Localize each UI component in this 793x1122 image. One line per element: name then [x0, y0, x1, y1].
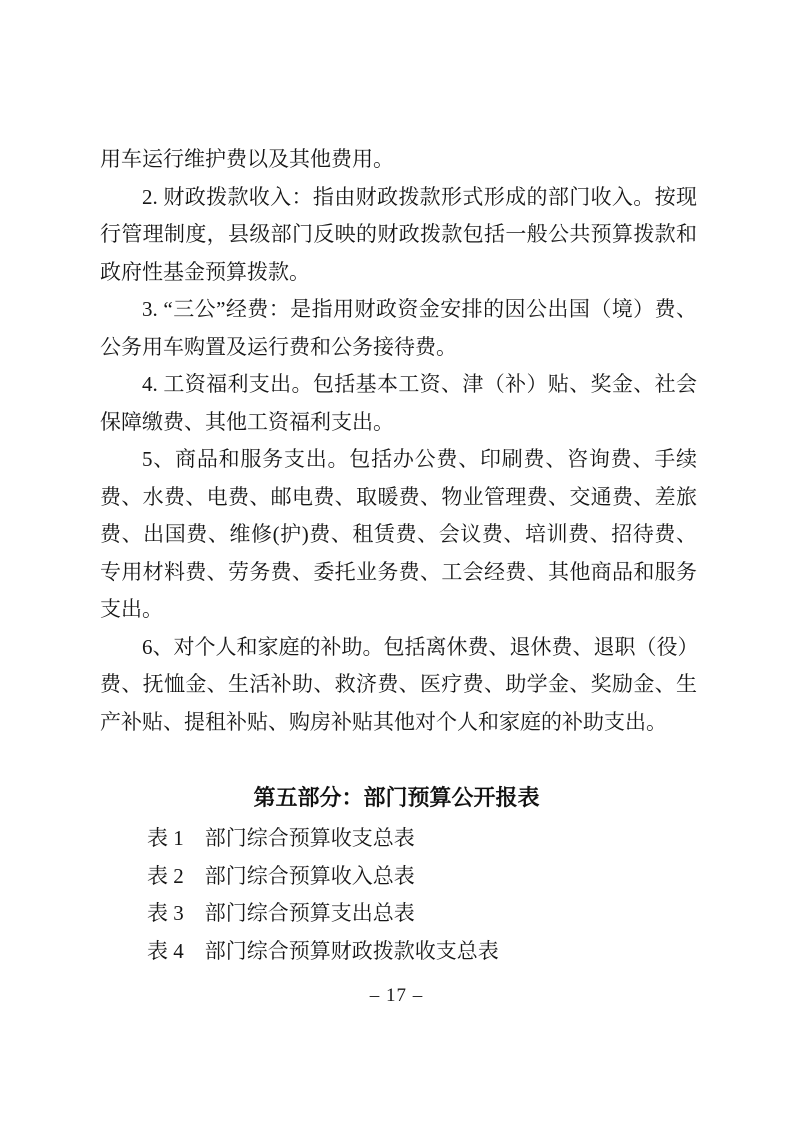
table-list-item-3: 表 3 部门综合预算支出总表 [147, 895, 697, 933]
text-line: 政府性基金预算拨款。 [100, 254, 697, 292]
text-line: 公务用车购置及运行费和公务接待费。 [100, 329, 697, 367]
text-line: 2. 财政拨款收入：指由财政拨款形式形成的部门收入。按现 [100, 179, 697, 217]
table-list-item-4: 表 4 部门综合预算财政拨款收支总表 [147, 933, 697, 971]
text-line: 保障缴费、其他工资福利支出。 [100, 404, 697, 442]
paragraph-goods-services-expenditure: 5、商品和服务支出。包括办公费、印刷费、咨询费、手续 费、水费、电费、邮电费、取… [100, 441, 697, 629]
text-line: 6、对个人和家庭的补助。包括离休费、退休费、退职（役） [100, 629, 697, 667]
paragraph-three-public-expenses: 3. “三公”经费：是指用财政资金安排的因公出国（境）费、 公务用车购置及运行费… [100, 291, 697, 366]
text-line: 费、出国费、维修(护)费、租赁费、会议费、培训费、招待费、 [100, 516, 697, 554]
text-line: 专用材料费、劳务费、委托业务费、工会经费、其他商品和服务 [100, 554, 697, 592]
table-list: 表 1 部门综合预算收支总表 表 2 部门综合预算收入总表 表 3 部门综合预算… [147, 820, 697, 970]
text-line: 费、抚恤金、生活补助、救济费、医疗费、助学金、奖励金、生 [100, 666, 697, 704]
table-list-item-2: 表 2 部门综合预算收入总表 [147, 858, 697, 896]
text-line: 4. 工资福利支出。包括基本工资、津（补）贴、奖金、社会 [100, 366, 697, 404]
section-heading: 第五部分：部门预算公开报表 [0, 779, 793, 817]
paragraph-salary-welfare-expenditure: 4. 工资福利支出。包括基本工资、津（补）贴、奖金、社会 保障缴费、其他工资福利… [100, 366, 697, 441]
paragraph-individual-family-subsidies: 6、对个人和家庭的补助。包括离休费、退休费、退职（役） 费、抚恤金、生活补助、救… [100, 629, 697, 742]
table-list-item-1: 表 1 部门综合预算收支总表 [147, 820, 697, 858]
page-footer: – 17 – [0, 982, 793, 1010]
text-line: 费、水费、电费、邮电费、取暖费、物业管理费、交通费、差旅 [100, 479, 697, 517]
text-line: 3. “三公”经费：是指用财政资金安排的因公出国（境）费、 [100, 291, 697, 329]
paragraph-fiscal-appropriation-income: 2. 财政拨款收入：指由财政拨款形式形成的部门收入。按现 行管理制度，县级部门反… [100, 179, 697, 292]
text-line: 用车运行维护费以及其他费用。 [100, 141, 697, 179]
text-line: 行管理制度，县级部门反映的财政拨款包括一般公共预算拨款和 [100, 216, 697, 254]
body-text: 用车运行维护费以及其他费用。 2. 财政拨款收入：指由财政拨款形式形成的部门收入… [100, 141, 697, 741]
text-line: 支出。 [100, 591, 697, 629]
paragraph-continuation: 用车运行维护费以及其他费用。 [100, 141, 697, 179]
page-number: – 17 – [370, 985, 424, 1006]
text-line: 5、商品和服务支出。包括办公费、印刷费、咨询费、手续 [100, 441, 697, 479]
text-line: 产补贴、提租补贴、购房补贴其他对个人和家庭的补助支出。 [100, 704, 697, 742]
document-page: 用车运行维护费以及其他费用。 2. 财政拨款收入：指由财政拨款形式形成的部门收入… [0, 0, 793, 1122]
